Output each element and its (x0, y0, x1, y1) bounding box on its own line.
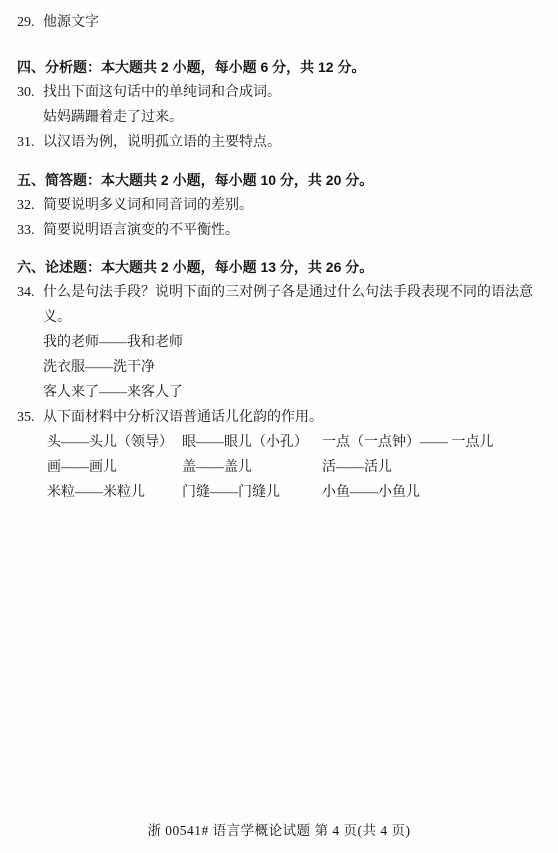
section-6-marker: 六、 (17, 255, 45, 280)
question-33-text: 简要说明语言演变的不平衡性。 (43, 218, 544, 243)
question-31-text: 以汉语为例，说明孤立语的主要特点。 (43, 130, 544, 155)
question-34-example-2: 洗衣服——洗干净 (17, 355, 544, 380)
question-35-number: 35. (17, 405, 43, 430)
erhua-table-row-3: 米粒——米粒儿 门缝——门缝儿 小鱼——小鱼儿 (47, 480, 544, 505)
erhua-table-row-1: 头——头儿（领导） 眼——眼儿（小孔） 一点（一点钟）—— 一点儿 (47, 430, 544, 455)
erhua-example-cell: 米粒——米粒儿 (47, 480, 182, 505)
question-34-example-3: 客人来了——来客人了 (17, 380, 544, 405)
erhua-examples-table: 头——头儿（领导） 眼——眼儿（小孔） 一点（一点钟）—— 一点儿 画——画儿 … (17, 430, 544, 505)
section-5-heading: 五、 简答题：本大题共 2 小题，每小题 10 分，共 20 分。 (17, 168, 544, 193)
question-35-text: 从下面材料中分析汉语普通话儿化韵的作用。 (43, 405, 544, 430)
question-30-text: 找出下面这句话中的单纯词和合成词。 (43, 80, 544, 105)
section-4-title: 分析题：本大题共 2 小题，每小题 6 分，共 12 分。 (45, 55, 544, 80)
question-32-number: 32. (17, 193, 43, 218)
erhua-example-cell: 小鱼——小鱼儿 (322, 480, 544, 505)
erhua-example-cell: 画——画儿 (47, 455, 182, 480)
question-29-number: 29. (17, 10, 43, 35)
section-5-title: 简答题：本大题共 2 小题，每小题 10 分，共 20 分。 (45, 168, 544, 193)
exam-page: 29. 他源文字 四、 分析题：本大题共 2 小题，每小题 6 分，共 12 分… (0, 0, 558, 505)
question-33: 33. 简要说明语言演变的不平衡性。 (17, 218, 544, 243)
section-5-marker: 五、 (17, 168, 45, 193)
question-29-text: 他源文字 (43, 10, 544, 35)
question-34-example-1: 我的老师——我和老师 (17, 330, 544, 355)
question-31: 31. 以汉语为例，说明孤立语的主要特点。 (17, 130, 544, 155)
spacer (17, 243, 544, 255)
erhua-example-cell: 一点（一点钟）—— 一点儿 (322, 430, 544, 455)
erhua-example-cell: 门缝——门缝儿 (182, 480, 322, 505)
erhua-table-row-2: 画——画儿 盖——盖儿 活——活儿 (47, 455, 544, 480)
section-6-title: 论述题：本大题共 2 小题，每小题 13 分，共 26 分。 (45, 255, 544, 280)
erhua-example-cell: 眼——眼儿（小孔） (182, 430, 322, 455)
question-31-number: 31. (17, 130, 43, 155)
question-30-number: 30. (17, 80, 43, 105)
question-34-text-line1: 什么是句法手段？说明下面的三对例子各是通过什么句法手段表现不同的语法意 (43, 280, 544, 305)
spacer (17, 35, 544, 55)
spacer (17, 155, 544, 168)
erhua-example-cell: 头——头儿（领导） (47, 430, 182, 455)
question-30-example-sentence: 姑妈蹒跚着走了过来。 (17, 105, 544, 130)
page-footer: 浙 00541# 语言学概论试题 第 4 页(共 4 页) (0, 819, 558, 839)
question-32: 32. 简要说明多义词和同音词的差别。 (17, 193, 544, 218)
question-34-text-line2: 义。 (17, 305, 544, 330)
question-30: 30. 找出下面这句话中的单纯词和合成词。 (17, 80, 544, 105)
section-6-heading: 六、 论述题：本大题共 2 小题，每小题 13 分，共 26 分。 (17, 255, 544, 280)
section-4-marker: 四、 (17, 55, 45, 80)
question-29: 29. 他源文字 (17, 10, 544, 35)
question-32-text: 简要说明多义词和同音词的差别。 (43, 193, 544, 218)
question-34: 34. 什么是句法手段？说明下面的三对例子各是通过什么句法手段表现不同的语法意 (17, 280, 544, 305)
question-34-number: 34. (17, 280, 43, 305)
erhua-example-cell: 盖——盖儿 (182, 455, 322, 480)
question-35: 35. 从下面材料中分析汉语普通话儿化韵的作用。 (17, 405, 544, 430)
question-33-number: 33. (17, 218, 43, 243)
erhua-example-cell: 活——活儿 (322, 455, 544, 480)
section-4-heading: 四、 分析题：本大题共 2 小题，每小题 6 分，共 12 分。 (17, 55, 544, 80)
